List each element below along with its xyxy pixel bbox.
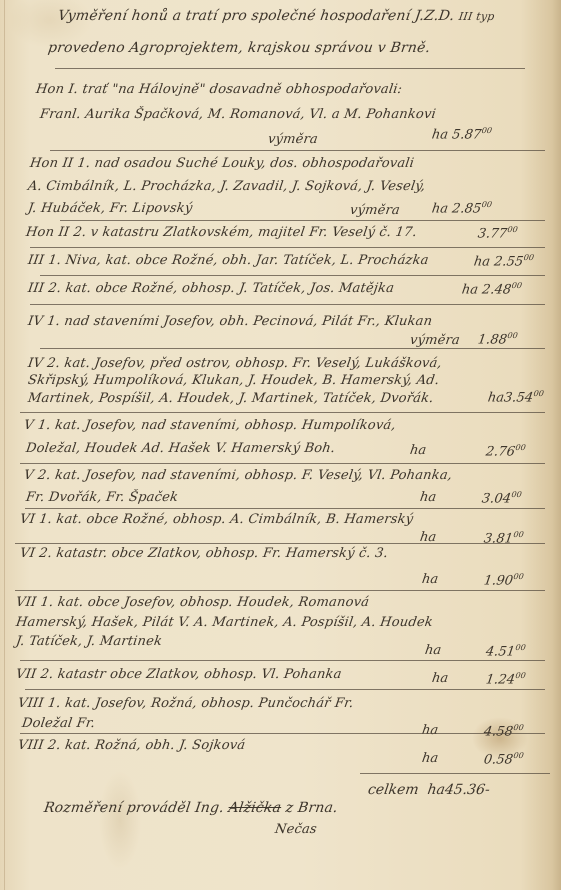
entry-divider: [20, 412, 545, 413]
entry-vi-2-line-1: VI 2. katastr. obce Zlatkov, obhosp. Fr.…: [19, 546, 389, 561]
footer-correction: Nečas: [274, 822, 318, 837]
entry-vii-1-line-1: VII 1. kat. obce Josefov, obhosp. Houdek…: [15, 595, 370, 610]
entry-viii-1-unit: ha: [421, 723, 439, 738]
total-rule: [360, 773, 550, 774]
entry-hon-i-measure-label: výměra: [267, 132, 319, 147]
entry-hon-i-line-2: Franl. Aurika Špačková, M. Romanová, Vl.…: [39, 107, 437, 122]
entry-iii-1-line-1: III 1. Niva, kat. obce Rožné, obh. Jar. …: [27, 253, 430, 268]
entry-viii-2-unit: ha: [421, 751, 439, 766]
header-underline: [55, 68, 525, 69]
header-line-1: Vyměření honů a tratí pro společné hospo…: [57, 8, 496, 24]
entry-v-2-area: 3.0400: [481, 490, 522, 506]
entry-v-2-line-2: Fr. Dvořák, Fr. Špaček: [25, 490, 179, 505]
entry-viii-2-area: 0.5800: [483, 751, 524, 767]
entry-hon-ii-2-area: 3.7700: [477, 225, 518, 241]
page-edge: [4, 0, 5, 890]
header-line-2: provedeno Agroprojektem, krajskou správo…: [47, 40, 431, 56]
entry-iv-2-line-3: Martinek, Pospíšil, A. Houdek, J. Martin…: [27, 391, 435, 406]
entry-hon-ii-1-measure-label: výměra: [349, 203, 401, 218]
entry-vi-2-area: 1.9000: [483, 572, 524, 588]
entry-divider: [50, 150, 545, 151]
entry-divider: [30, 247, 545, 248]
entry-viii-2-line-1: VIII 2. kat. Rožná, obh. J. Sojková: [17, 738, 246, 753]
entry-iv-2-line-1: IV 2. kat. Josefov, před ostrov, obhosp.…: [27, 356, 443, 371]
footer-surveyor: Rozměření prováděl Ing. Alžička z Brna.: [43, 800, 339, 816]
entry-vii-2-line-1: VII 2. katastr obce Zlatkov, obhosp. Vl.…: [15, 667, 343, 682]
entry-vii-2-unit: ha: [431, 671, 449, 686]
entry-divider: [60, 220, 545, 221]
total-value: 45.36-: [444, 782, 491, 798]
entry-iv-1-line-1: IV 1. nad staveními Josefov, obh. Pecino…: [27, 314, 433, 329]
entry-divider: [20, 463, 545, 464]
entry-iii-2-area: ha 2.4800: [461, 281, 523, 297]
entry-vii-1-line-3: J. Tatíček, J. Martinek: [15, 634, 163, 649]
struck-name: Alžička: [227, 800, 282, 816]
entry-viii-1-area: 4.5800: [483, 723, 524, 739]
entry-viii-1-line-1: VIII 1. kat. Josefov, Rožná, obhosp. Pun…: [17, 696, 355, 711]
entry-divider: [20, 660, 545, 661]
entry-divider: [40, 348, 545, 349]
entry-hon-ii-1-line-1: Hon II 1. nad osadou Suché Louky, dos. o…: [29, 156, 415, 171]
entry-hon-ii-2-line-1: Hon II 2. v katastru Zlatkovském, majite…: [25, 225, 418, 240]
entry-divider: [25, 689, 545, 690]
entry-v-1-area: 2.7600: [485, 443, 526, 459]
entry-divider: [40, 275, 545, 276]
entry-v-1-unit: ha: [409, 443, 427, 458]
entry-iv-1-area: 1.8800: [477, 331, 518, 347]
entry-v-2-line-1: V 2. kat. Josefov, nad staveními, obhosp…: [23, 468, 453, 483]
entry-hon-ii-1-area: ha 2.8500: [431, 200, 493, 216]
entry-iv-2-line-2: Skřipský, Humpolíková, Klukan, J. Houdek…: [27, 373, 440, 388]
entry-hon-ii-1-line-2: A. Cimbálník, L. Procházka, J. Zavadil, …: [27, 179, 426, 194]
entry-hon-ii-1-line-3: J. Hubáček, Fr. Lipovský: [27, 201, 194, 216]
entry-hon-i-area: ha 5.8700: [431, 126, 493, 142]
entry-divider: [20, 733, 545, 734]
header-type-suffix: III typ: [458, 10, 495, 23]
entry-divider: [15, 590, 545, 591]
entry-iv-2-area: ha3.5400: [487, 389, 545, 405]
entry-iii-2-line-1: III 2. kat. obce Rožné, obhosp. J. Tatíč…: [27, 281, 395, 296]
entry-v-2-unit: ha: [419, 490, 437, 505]
entry-divider: [30, 304, 545, 305]
entry-vi-1-line-1: VI 1. kat. obce Rožné, obhosp. A. Cimbál…: [19, 512, 414, 527]
entry-vi-2-unit: ha: [421, 572, 439, 587]
entry-vii-1-area: 4.5100: [485, 643, 526, 659]
entry-divider: [15, 543, 545, 544]
entry-iv-1-measure-label: výměra: [409, 333, 461, 348]
entry-vii-1-line-2: Hamerský, Hašek, Pilát V. A. Martinek, A…: [15, 615, 434, 630]
entry-divider: [25, 508, 545, 509]
entry-hon-i-line-1: Hon I. trať "na Hálovjně" dosavadně obho…: [35, 82, 403, 97]
total-row: celkem ha45.36-: [367, 782, 491, 798]
entry-viii-1-line-2: Doležal Fr.: [21, 716, 96, 731]
entry-v-1-line-2: Doležal, Houdek Ad. Hašek V. Hamerský Bo…: [25, 441, 336, 456]
entry-vii-2-area: 1.2400: [485, 671, 526, 687]
entry-v-1-line-1: V 1. kat. Josefov, nad staveními, obhosp…: [23, 418, 397, 433]
entry-vii-1-unit: ha: [424, 643, 442, 658]
entry-iii-1-area: ha 2.5500: [473, 253, 535, 269]
total-label: celkem: [367, 782, 420, 798]
document-page: Vyměření honů a tratí pro společné hospo…: [0, 0, 561, 890]
